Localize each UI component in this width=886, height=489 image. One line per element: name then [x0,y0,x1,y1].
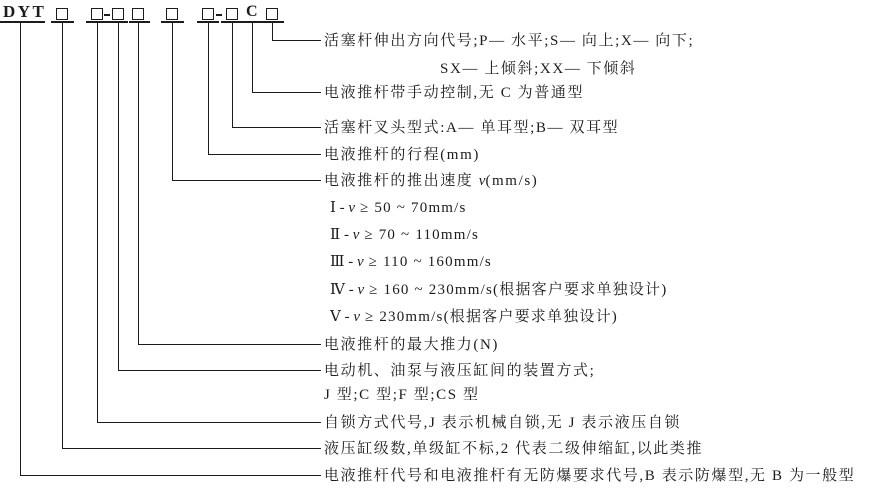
text-fragment: (mm/s) [485,173,538,189]
leader-line-vertical [118,23,119,371]
code-placeholder-box [226,8,238,20]
leader-line-horizontal [172,180,321,181]
code-placeholder-box [91,8,103,20]
leader-line-horizontal [97,422,321,423]
code-underline-tick [0,21,45,23]
code-placeholder-box [166,8,178,20]
model-designation-diagram: DYT C活塞杆伸出方向代号;P— 水平;S— 向上;X— 向下;电液推杆带手动… [0,0,886,489]
leader-line-vertical [20,23,21,476]
text-fragment: ≥ 160 ~ 230mm/s(根据客户要求单独设计) [364,282,667,298]
leader-line-horizontal [138,344,321,345]
leader-line-horizontal [208,154,321,155]
text-fragment: Ⅳ - [330,282,357,298]
text-fragment: Ⅱ - [330,227,353,243]
text-fragment: ≥ 110 ~ 160mm/s [364,254,492,270]
annotation-text: 电液推杆带手动控制,无 C 为普通型 [324,84,584,102]
code-placeholder-box [56,8,68,20]
speed-grade-item: Ⅲ - v ≥ 110 ~ 160mm/s [330,253,492,271]
leader-line-horizontal [62,448,321,449]
code-separator-dash [104,14,110,16]
leader-line-vertical [172,23,173,181]
annotation-text: 电动机、油泵与液压缸间的装置方式; [324,362,595,380]
model-prefix: DYT [3,2,46,22]
text-fragment: Ⅲ - [330,254,357,270]
speed-grade-item: Ⅰ - v ≥ 50 ~ 70mm/s [330,199,467,217]
text-fragment: ≥ 230mm/s(根据客户要求单独设计) [360,309,618,325]
leader-line-horizontal [20,475,321,476]
text-fragment: ≥ 50 ~ 70mm/s [355,200,467,216]
leader-line-vertical [272,23,273,41]
leader-line-vertical [138,23,139,345]
code-placeholder-box [112,8,124,20]
leader-line-vertical [252,23,253,93]
text-fragment: 电液推杆的推出速度 [324,173,479,189]
speed-grade-item: Ⅱ - v ≥ 70 ~ 110mm/s [330,226,479,244]
leader-line-horizontal [118,370,321,371]
text-fragment: Ⅰ - [330,200,348,216]
leader-line-vertical [232,23,233,128]
annotation-text: 活塞杆叉头型式:A— 单耳型;B— 双耳型 [324,119,619,137]
annotation-text: 电液推杆的推出速度 v(mm/s) [324,172,538,190]
annotation-text-continued: SX— 上倾斜;XX— 下倾斜 [440,60,637,78]
annotation-text-continued: J 型;C 型;F 型;CS 型 [324,386,480,404]
leader-line-vertical [97,23,98,423]
annotation-text: 液压缸级数,单级缸不标,2 代表二级伸缩缸,以此类推 [324,440,703,458]
text-fragment: ≥ 70 ~ 110mm/s [359,227,479,243]
velocity-variable: v [357,254,364,270]
annotation-text: 电液推杆的最大推力(N) [324,336,499,354]
leader-line-vertical [208,23,209,155]
code-placeholder-box [266,8,278,20]
code-letter-c: C [246,3,258,21]
annotation-text: 电液推杆代号和电液推杆有无防爆要求代号,B 表示防爆型,无 B 为一般型 [324,467,855,485]
leader-line-horizontal [252,92,321,93]
speed-grade-item: Ⅳ - v ≥ 160 ~ 230mm/s(根据客户要求单独设计) [330,281,667,299]
text-fragment: Ⅴ - [330,309,353,325]
leader-line-vertical [62,23,63,449]
code-placeholder-box [202,8,214,20]
leader-line-horizontal [272,40,321,41]
annotation-text: 自锁方式代号,J 表示机械自锁,无 J 表示液压自锁 [324,414,681,432]
speed-grade-item: Ⅴ - v ≥ 230mm/s(根据客户要求单独设计) [330,308,618,326]
code-underline-tick [129,21,150,23]
annotation-text: 活塞杆伸出方向代号;P— 水平;S— 向上;X— 向下; [324,32,694,50]
annotation-text: 电液推杆的行程(mm) [324,146,480,164]
velocity-variable: v [353,309,360,325]
code-separator-dash [216,14,222,16]
leader-line-horizontal [232,127,321,128]
code-placeholder-box [132,8,144,20]
